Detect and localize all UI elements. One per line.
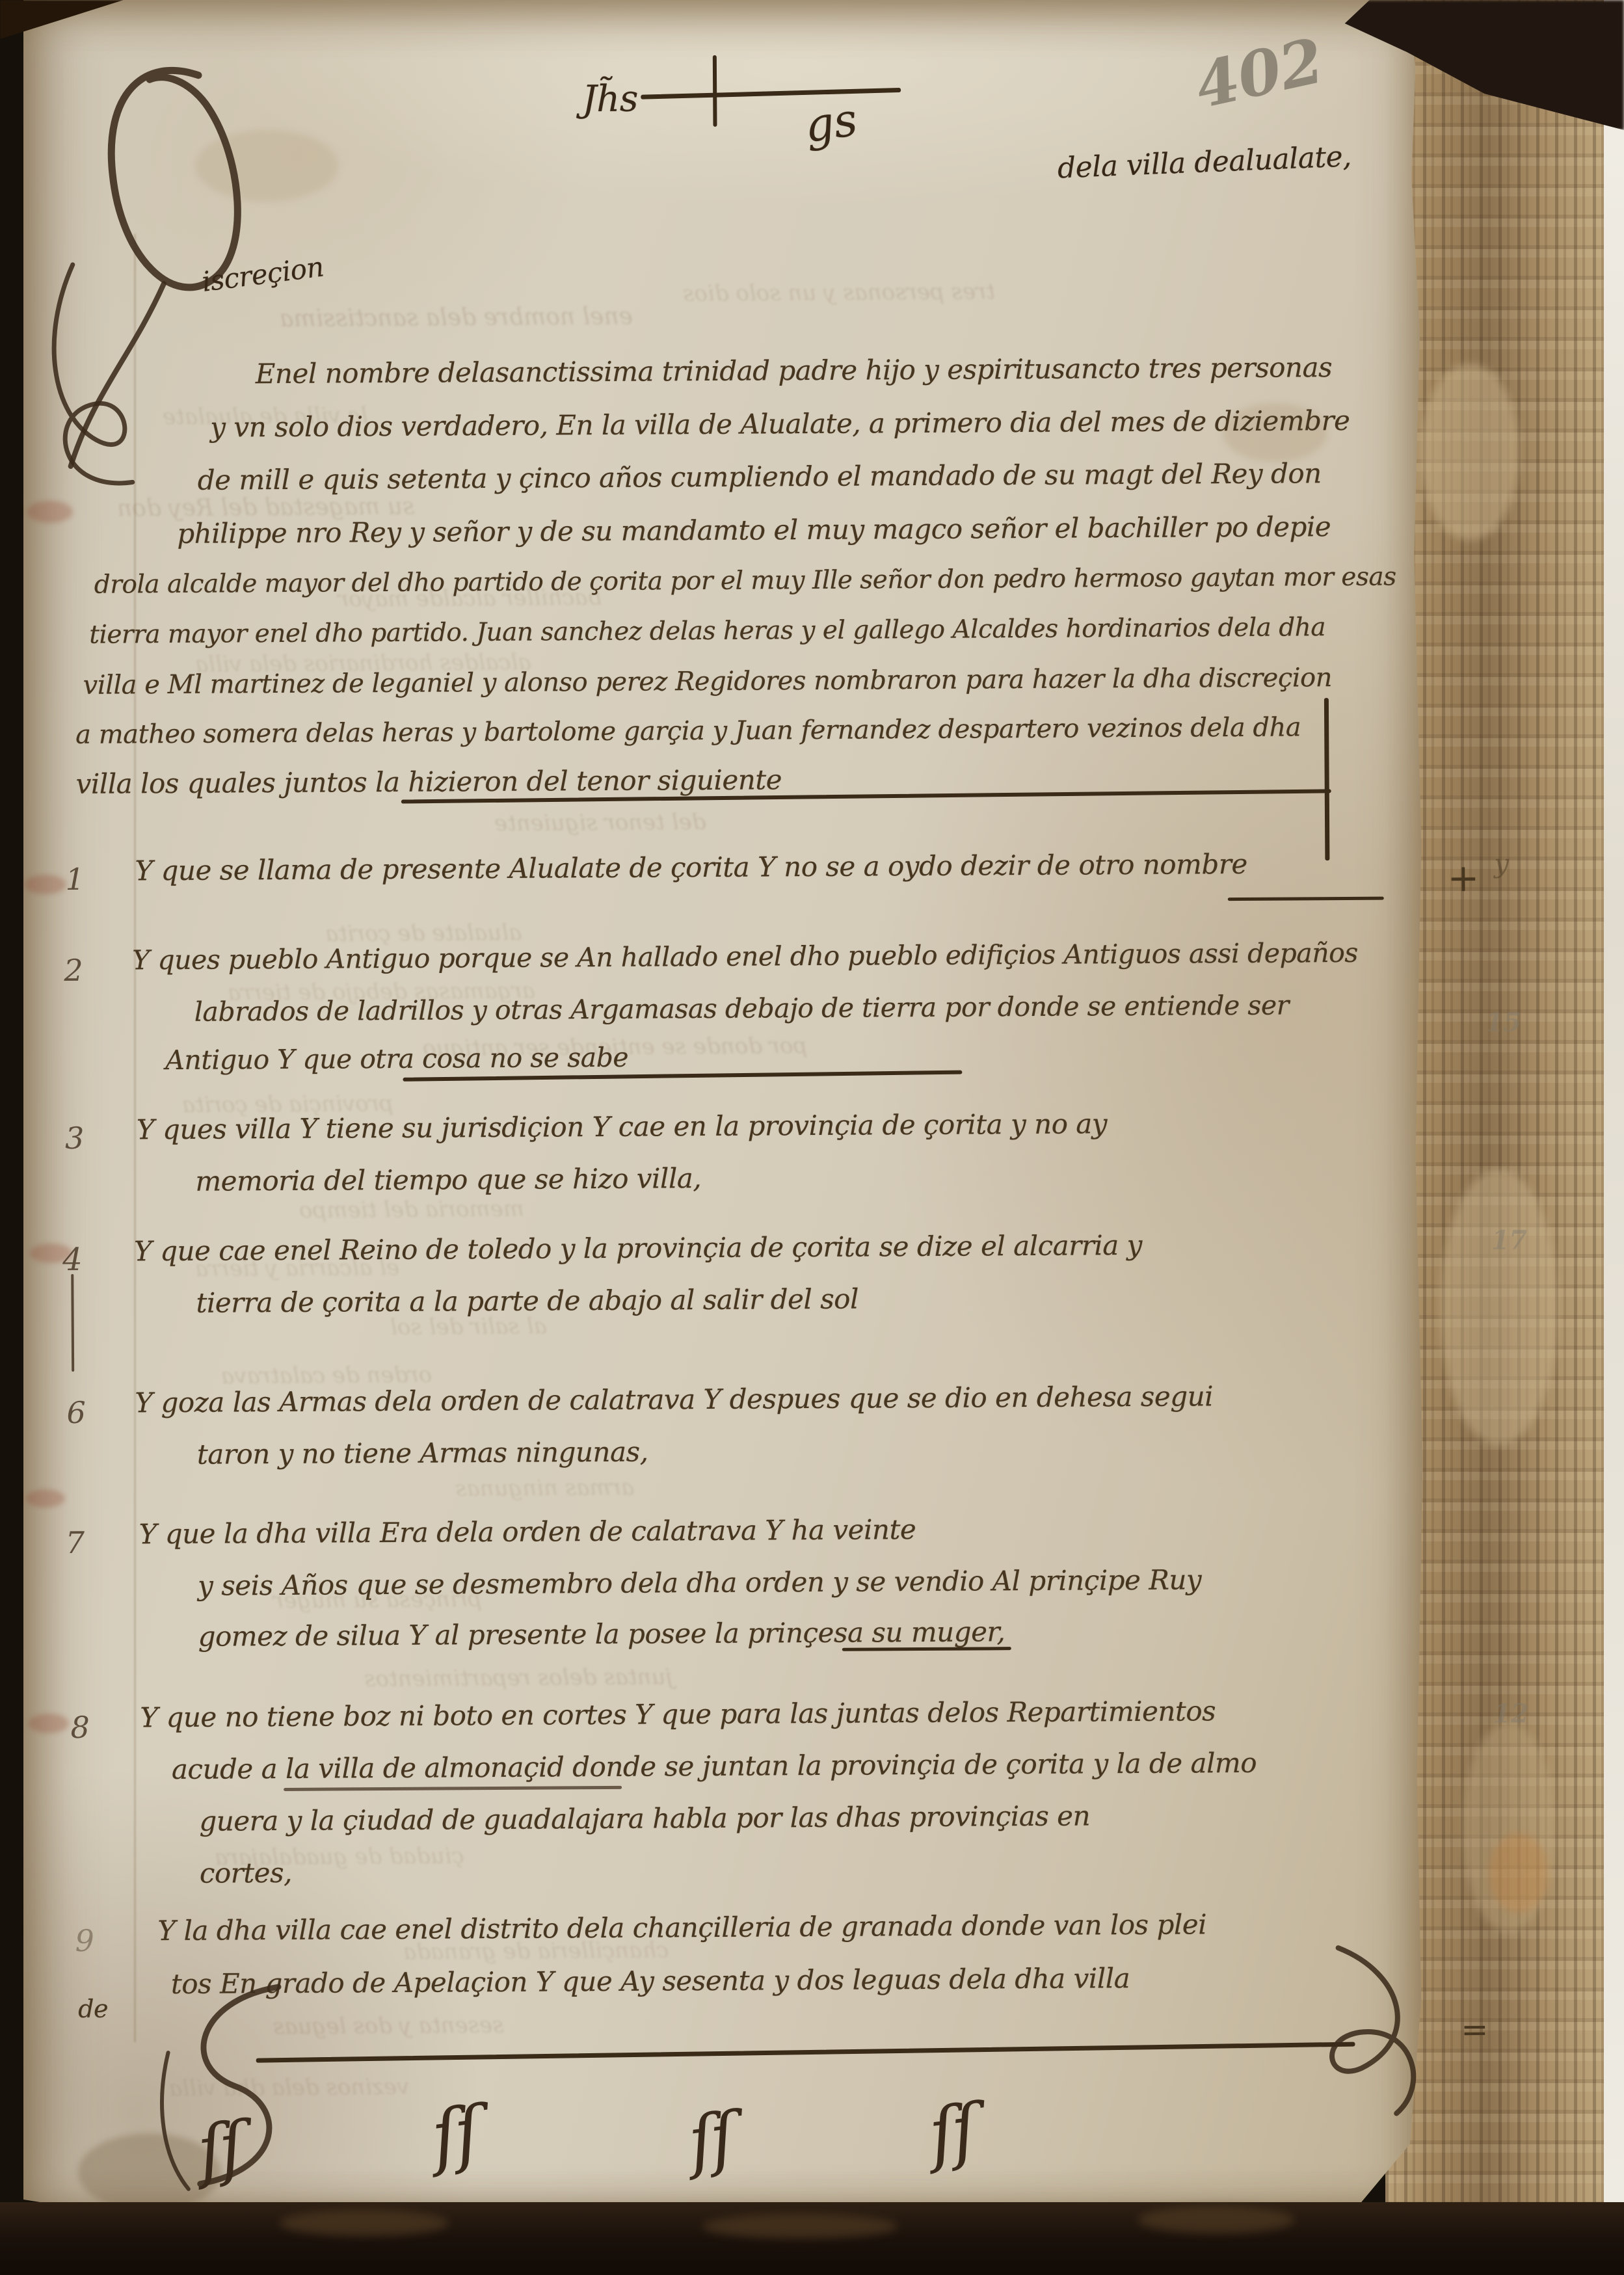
item-line: y seis Años que se desmembro dela dha or… [198, 1563, 1201, 1601]
item-line: Y que la dha villa Era dela orden de cal… [139, 1513, 916, 1550]
item-line: Y ques pueblo Antiguo porque se An halla… [132, 937, 1358, 976]
item-number: 2 [64, 953, 83, 988]
paragraph-line: y vn solo dios verdadero, En la villa de… [210, 405, 1350, 444]
item-line: Y que cae enel Reino de toledo y la prov… [134, 1229, 1142, 1267]
marginal-word: de [78, 1995, 108, 2023]
item-line: Y que se llama de presente Alualate de ç… [135, 848, 1247, 886]
marginal-faint-number: 17 [1491, 1225, 1527, 1255]
item-line: memoria del tiempo que se hizo villa, [195, 1162, 701, 1197]
item-line: Y goza las Armas dela orden de calatrava… [135, 1380, 1213, 1418]
item-number: 3 [65, 1121, 85, 1156]
ihs-monogram: Jh̃s [582, 78, 638, 121]
marginal-mark: y [1494, 849, 1508, 879]
item-line: guera y la çiudad de guadalajara habla p… [199, 1800, 1090, 1837]
header-stroke [641, 88, 901, 100]
paragraph-line: a matheo somera delas heras y bartolome … [75, 712, 1301, 750]
folio-number: 402 [1189, 25, 1329, 123]
paragraph-line: de mill e quis setenta y çinco años cump… [198, 457, 1322, 496]
item-line: cortes, [200, 1857, 292, 1889]
item-line: Y ques villa Y tiene su jurisdiçion Y ca… [137, 1108, 1107, 1145]
marginal-equals: = [1461, 2011, 1488, 2049]
item-line: taron y no tiene Armas ningunas, [197, 1436, 648, 1470]
item-number-descender [71, 1274, 74, 1372]
closing-hook-flourish [1299, 1934, 1444, 2130]
ink-layer: Jh̃s gs 402 dela villa dealualate, iscre… [0, 0, 1624, 2275]
item-line: Antiguo Y que otra cosa no se sabe [165, 1042, 628, 1076]
item-number: 8 [70, 1710, 90, 1745]
item1-underline [1228, 897, 1384, 901]
marginal-faint-number: 15 [1485, 1007, 1521, 1037]
item-line: gomez de silua Y al presente la posee la… [198, 1616, 1005, 1653]
item-number: 7 [66, 1525, 85, 1560]
paragraph-line: tierra mayor enel dho partido. Juan sanc… [89, 613, 1325, 650]
paragraph-line: Enel nombre delasanctissima trinidad pad… [256, 351, 1333, 390]
paragraph-end-cross [1324, 698, 1330, 860]
rubric: ſſ [427, 2090, 482, 2179]
rubric: ſſ [925, 2090, 979, 2176]
paragraph-line: philippe nro Rey y señor y de su mandamt… [177, 511, 1331, 550]
closing-rule [256, 2042, 1355, 2063]
item-line: labrados de ladrillos y otras Argamasas … [194, 990, 1289, 1028]
item8-underline [284, 1786, 622, 1791]
item-line: Y la dha villa cae enel distrito dela ch… [157, 1908, 1206, 1947]
item-number: 1 [65, 862, 85, 897]
header-place: dela villa dealualate, [1057, 140, 1352, 185]
item7-dash [842, 1647, 1011, 1651]
item-number: 6 [66, 1395, 86, 1430]
paragraph-line: villa los quales juntos la hizieron del … [76, 764, 782, 800]
calligraphic-mark: gs [801, 92, 860, 153]
marginal-faint-number: 12 [1493, 1698, 1528, 1729]
paragraph-line: drola alcalde mayor del dho partido de ç… [94, 562, 1396, 599]
header-tick [713, 55, 717, 127]
item-line: acude a la villa de almonaçid donde se j… [172, 1747, 1257, 1785]
paragraph-line: villa e Ml martinez de leganiel y alonso… [83, 663, 1332, 700]
item-number: 4 [62, 1242, 83, 1278]
rubric: ſſ [684, 2097, 737, 2181]
item-line: Y que no tiene boz ni boto en cortes Y q… [140, 1695, 1216, 1733]
marginal-cross: + [1447, 856, 1479, 900]
item-number: 9 [75, 1923, 94, 1958]
manuscript-photo: enel nombre dela sanctissima tres person… [0, 0, 1624, 2275]
item-line: tierra de çorita a la parte de abajo al … [196, 1283, 859, 1319]
